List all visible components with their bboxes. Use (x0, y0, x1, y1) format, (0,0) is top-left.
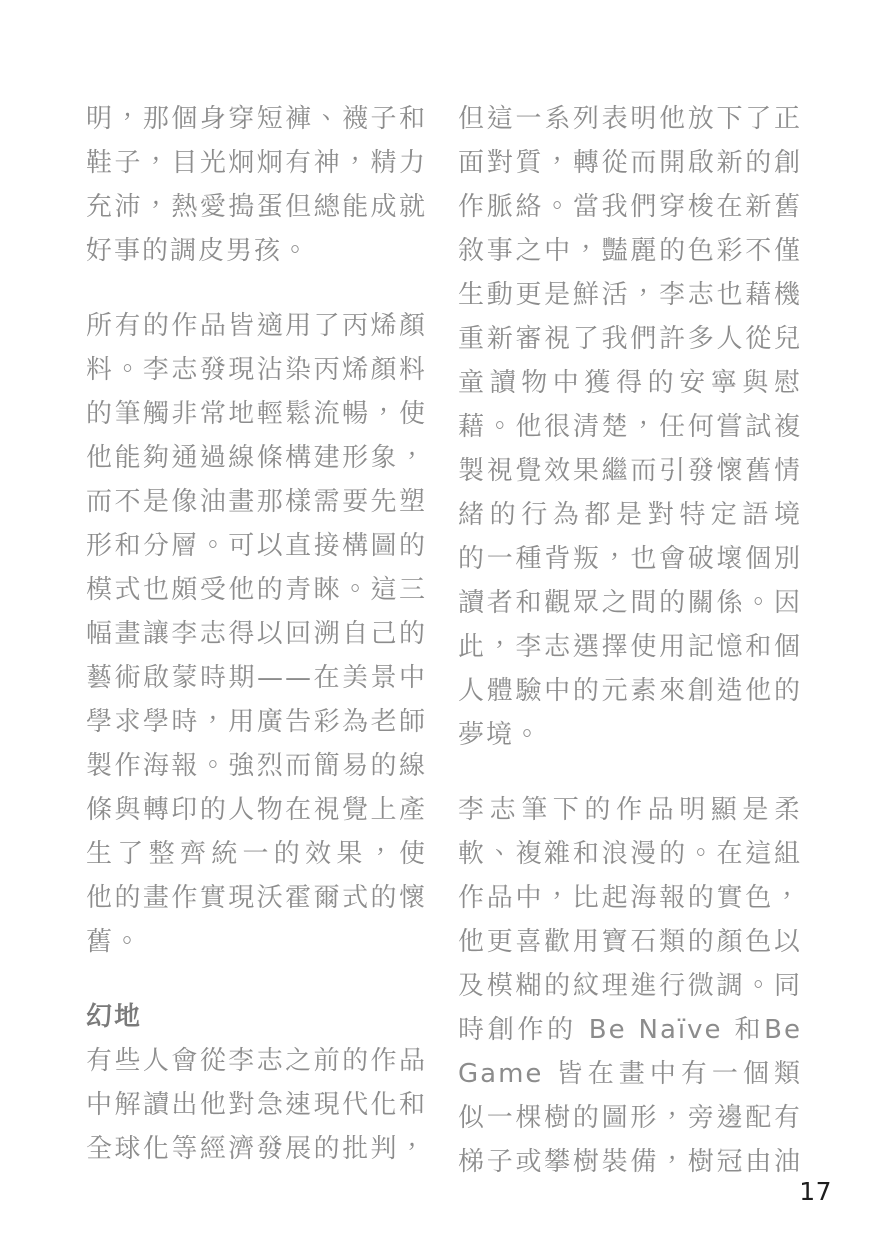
text-line: 但這一系列表明他放下了正 (458, 97, 802, 141)
text-line: 製視覺效果繼而引發懷舊情 (458, 449, 802, 493)
paragraph: 所有的作品皆適用了丙烯顏料。李志發現沾染丙烯顏料的筆觸非常地輕鬆流暢，使他能夠通… (86, 304, 427, 964)
text-line: 藝術啟蒙時期——在美景中 (86, 656, 427, 700)
text-line: 幅畫讓李志得以回溯自己的 (86, 612, 427, 656)
text-line: 時創作的 Be Naïve 和Be (458, 1008, 802, 1052)
text-line: 李志筆下的作品明顯是柔 (458, 788, 802, 832)
text-line: 他的畫作實現沃霍爾式的懷 (86, 876, 427, 920)
paragraph: 李志筆下的作品明顯是柔軟、複雜和浪漫的。在這組作品中，比起海報的實色，他更喜歡用… (458, 788, 802, 1184)
paragraph: 有些人會從李志之前的作品中解讀出他對急速現代化和全球化等經濟發展的批判， (86, 1039, 427, 1171)
text-line: 製作海報。強烈而簡易的線 (86, 744, 427, 788)
page-number: 17 (799, 1179, 832, 1205)
text-line: 童讀物中獲得的安寧與慰 (458, 361, 802, 405)
text-line: 似一棵樹的圖形，旁邊配有 (458, 1096, 802, 1140)
text-line: 面對質，轉從而開啟新的創 (458, 141, 802, 185)
text-column-right: 但這一系列表明他放下了正面對質，轉從而開啟新的創作脈絡。當我們穿梭在新舊敘事之中… (458, 97, 802, 1184)
text-line: 而不是像油畫那樣需要先塑 (86, 480, 427, 524)
text-line: 所有的作品皆適用了丙烯顏 (86, 304, 427, 348)
text-line: 生了整齊統一的效果，使 (86, 832, 427, 876)
text-line: 形和分層。可以直接構圖的 (86, 524, 427, 568)
text-line: 軟、複雜和浪漫的。在這組 (458, 832, 802, 876)
text-line: 的一種背叛，也會破壞個別 (458, 537, 802, 581)
text-line: 敘事之中，豔麗的色彩不僅 (458, 229, 802, 273)
text-line: 此，李志選擇使用記憶和個 (458, 625, 802, 669)
text-line: 有些人會從李志之前的作品 (86, 1039, 427, 1083)
text-line: 梯子或攀樹裝備，樹冠由油 (458, 1140, 802, 1184)
text-line: 充沛，熱愛搗蛋但總能成就 (86, 185, 427, 229)
text-line: 夢境。 (458, 713, 802, 757)
text-line: 料。李志發現沾染丙烯顏料 (86, 348, 427, 392)
text-line: 明，那個身穿短褲、襪子和 (86, 97, 427, 141)
paragraph: 但這一系列表明他放下了正面對質，轉從而開啟新的創作脈絡。當我們穿梭在新舊敘事之中… (458, 97, 802, 757)
text-line: 鞋子，目光炯炯有神，精力 (86, 141, 427, 185)
text-line: 他更喜歡用寶石類的顏色以 (458, 920, 802, 964)
section-heading: 幻地 (86, 995, 427, 1039)
text-line: 藉。他很清楚，任何嘗試複 (458, 405, 802, 449)
text-line: 他能夠通過線條構建形象， (86, 436, 427, 480)
text-line: 緒的行為都是對特定語境 (458, 493, 802, 537)
text-line: 條與轉印的人物在視覺上產 (86, 788, 427, 832)
text-line: 的筆觸非常地輕鬆流暢，使 (86, 392, 427, 436)
text-line: 作脈絡。當我們穿梭在新舊 (458, 185, 802, 229)
text-line: 生動更是鮮活，李志也藉機 (458, 273, 802, 317)
text-line: 舊。 (86, 920, 427, 964)
paragraph: 明，那個身穿短褲、襪子和鞋子，目光炯炯有神，精力充沛，熱愛搗蛋但總能成就好事的調… (86, 97, 427, 273)
document-page: 明，那個身穿短褲、襪子和鞋子，目光炯炯有神，精力充沛，熱愛搗蛋但總能成就好事的調… (0, 0, 874, 1240)
text-line: 人體驗中的元素來創造他的 (458, 669, 802, 713)
text-line: 幻地 (86, 995, 427, 1039)
text-line: 及模糊的紋理進行微調。同 (458, 964, 802, 1008)
text-line: Game 皆在畫中有一個類 (458, 1052, 802, 1096)
text-column-left: 明，那個身穿短褲、襪子和鞋子，目光炯炯有神，精力充沛，熱愛搗蛋但總能成就好事的調… (86, 97, 427, 1171)
text-line: 讀者和觀眾之間的關係。因 (458, 581, 802, 625)
text-line: 重新審視了我們許多人從兒 (458, 317, 802, 361)
text-line: 作品中，比起海報的實色， (458, 876, 802, 920)
text-line: 模式也頗受他的青睞。這三 (86, 568, 427, 612)
text-line: 好事的調皮男孩。 (86, 229, 427, 273)
text-line: 學求學時，用廣告彩為老師 (86, 700, 427, 744)
text-line: 全球化等經濟發展的批判， (86, 1127, 427, 1171)
text-line: 中解讀出他對急速現代化和 (86, 1083, 427, 1127)
